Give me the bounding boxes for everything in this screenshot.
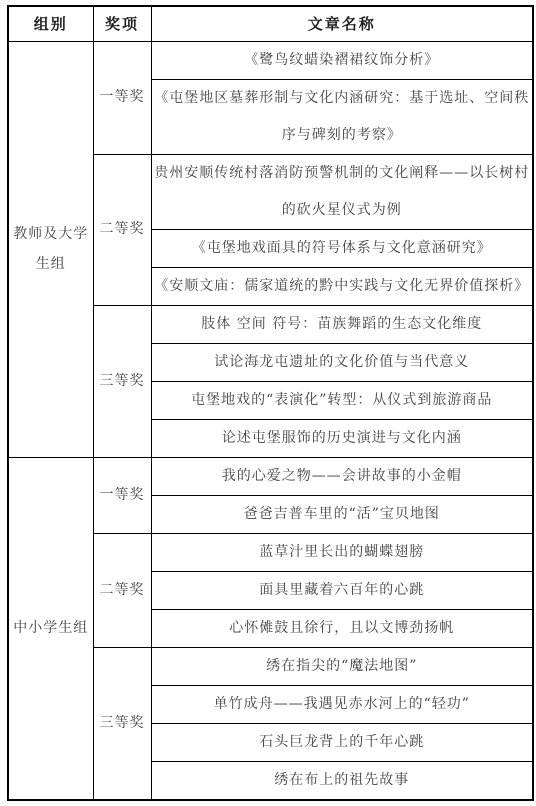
article-title: 肢体 空间 符号：苗族舞蹈的生态文化维度 bbox=[151, 305, 533, 343]
award-level-cell: 一等奖 bbox=[93, 457, 151, 533]
header-group: 组别 bbox=[8, 6, 93, 41]
award-level-cell: 三等奖 bbox=[93, 305, 151, 457]
article-title: 论述屯堡服饰的历史演进与文化内涵 bbox=[151, 419, 533, 457]
header-article: 文章名称 bbox=[151, 6, 533, 41]
article-title: 蓝草汁里长出的蝴蝶翅膀 bbox=[151, 533, 533, 571]
article-title: 单竹成舟——我遇见赤水河上的“轻功” bbox=[151, 685, 533, 723]
group-cell: 中小学生组 bbox=[8, 457, 93, 800]
award-level-cell: 一等奖 bbox=[93, 41, 151, 154]
table-row: 教师及大学生组一等奖《鹭鸟纹蜡染褶裙纹饰分析》 bbox=[8, 41, 533, 79]
table-body: 教师及大学生组一等奖《鹭鸟纹蜡染褶裙纹饰分析》《屯堡地区墓葬形制与文化内涵研究：… bbox=[8, 41, 533, 800]
award-level-cell: 二等奖 bbox=[93, 533, 151, 647]
award-table: 组别 奖项 文章名称 教师及大学生组一等奖《鹭鸟纹蜡染褶裙纹饰分析》《屯堡地区墓… bbox=[7, 5, 534, 801]
award-level-cell: 三等奖 bbox=[93, 647, 151, 800]
article-title: 爸爸吉普车里的“活”宝贝地图 bbox=[151, 495, 533, 533]
article-title: 绣在布上的祖先故事 bbox=[151, 761, 533, 800]
header-row: 组别 奖项 文章名称 bbox=[8, 6, 533, 41]
header-award: 奖项 bbox=[93, 6, 151, 41]
article-title: 我的心爱之物——会讲故事的小金帽 bbox=[151, 457, 533, 495]
article-title: 试论海龙屯遗址的文化价值与当代意义 bbox=[151, 343, 533, 381]
article-title: 贵州安顺传统村落消防预警机制的文化阐释——以长树村的砍火星仪式为例 bbox=[151, 154, 533, 229]
article-title: 《屯堡地戏面具的符号体系与文化意涵研究》 bbox=[151, 229, 533, 267]
article-title: 绣在指尖的“魔法地图” bbox=[151, 647, 533, 685]
group-cell: 教师及大学生组 bbox=[8, 41, 93, 457]
article-title: 《鹭鸟纹蜡染褶裙纹饰分析》 bbox=[151, 41, 533, 79]
article-title: 屯堡地戏的“表演化”转型：从仪式到旅游商品 bbox=[151, 381, 533, 419]
table-row: 中小学生组一等奖我的心爱之物——会讲故事的小金帽 bbox=[8, 457, 533, 495]
article-title: 心怀傩鼓且徐行，且以文博劲扬帆 bbox=[151, 609, 533, 647]
article-title: 面具里藏着六百年的心跳 bbox=[151, 571, 533, 609]
article-title: 石头巨龙背上的千年心跳 bbox=[151, 723, 533, 761]
award-level-cell: 二等奖 bbox=[93, 154, 151, 305]
article-title: 《安顺文庙：儒家道统的黔中实践与文化无界价值探析》 bbox=[151, 267, 533, 305]
article-title: 《屯堡地区墓葬形制与文化内涵研究：基于选址、空间秩序与碑刻的考察》 bbox=[151, 79, 533, 154]
document-page: 组别 奖项 文章名称 教师及大学生组一等奖《鹭鸟纹蜡染褶裙纹饰分析》《屯堡地区墓… bbox=[0, 0, 536, 801]
